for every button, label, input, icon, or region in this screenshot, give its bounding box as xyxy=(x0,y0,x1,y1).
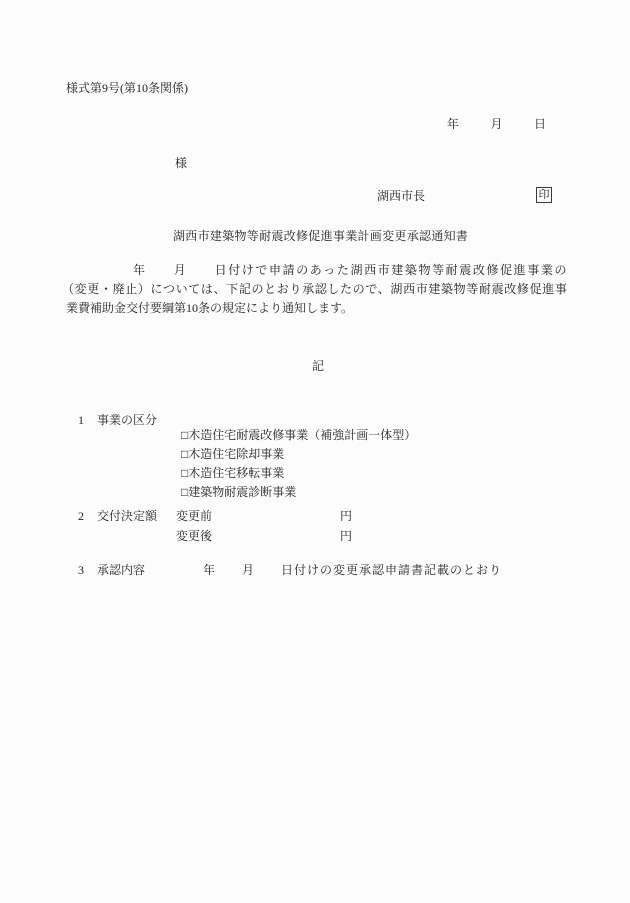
section-2-label: 交付決定額 xyxy=(97,509,157,524)
document-page: 様式第9号(第10条関係) 年 月 日 様 湖西市長 印 湖西市建築物等耐震改修… xyxy=(0,0,630,903)
amount-before-label: 変更前 xyxy=(176,509,212,524)
body-line-1: 年 月 日付けで申請のあった湖西市建築物等耐震改修促進事業の xyxy=(133,263,568,278)
amount-before-unit: 円 xyxy=(340,509,352,524)
section-3-number: 3 xyxy=(78,563,84,578)
issue-date-line: 年 月 日 xyxy=(447,117,549,132)
section-1-label: 事業の区分 xyxy=(97,413,157,428)
option-label: 建築物耐震診断事業 xyxy=(188,485,296,499)
section-1-number: 1 xyxy=(78,413,84,428)
form-number: 様式第9号(第10条関係) xyxy=(66,81,188,96)
amount-after-label: 変更後 xyxy=(176,529,212,544)
record-marker: 記 xyxy=(312,359,324,374)
sender-title: 湖西市長 xyxy=(377,189,425,204)
body-line-2: （変更・廃止）については、下記のとおり承認したので、湖西市建築物等耐震改修促進事 xyxy=(62,282,568,297)
amount-after-unit: 円 xyxy=(340,529,352,544)
addressee-suffix: 様 xyxy=(175,156,187,171)
body-line-3: 業費補助金交付要綱第10条の規定により通知します。 xyxy=(66,301,353,316)
seal-stamp-box: 印 xyxy=(536,187,552,203)
document-title: 湖西市建築物等耐震改修促進事業計画変更承認通知書 xyxy=(173,229,468,244)
section-2-number: 2 xyxy=(78,509,84,524)
section-3-label: 承認内容 xyxy=(97,563,145,578)
seal-label: 印 xyxy=(539,189,550,201)
section-3-value: 年 月 日付けの変更承認申請書記載のとおり xyxy=(203,563,502,578)
